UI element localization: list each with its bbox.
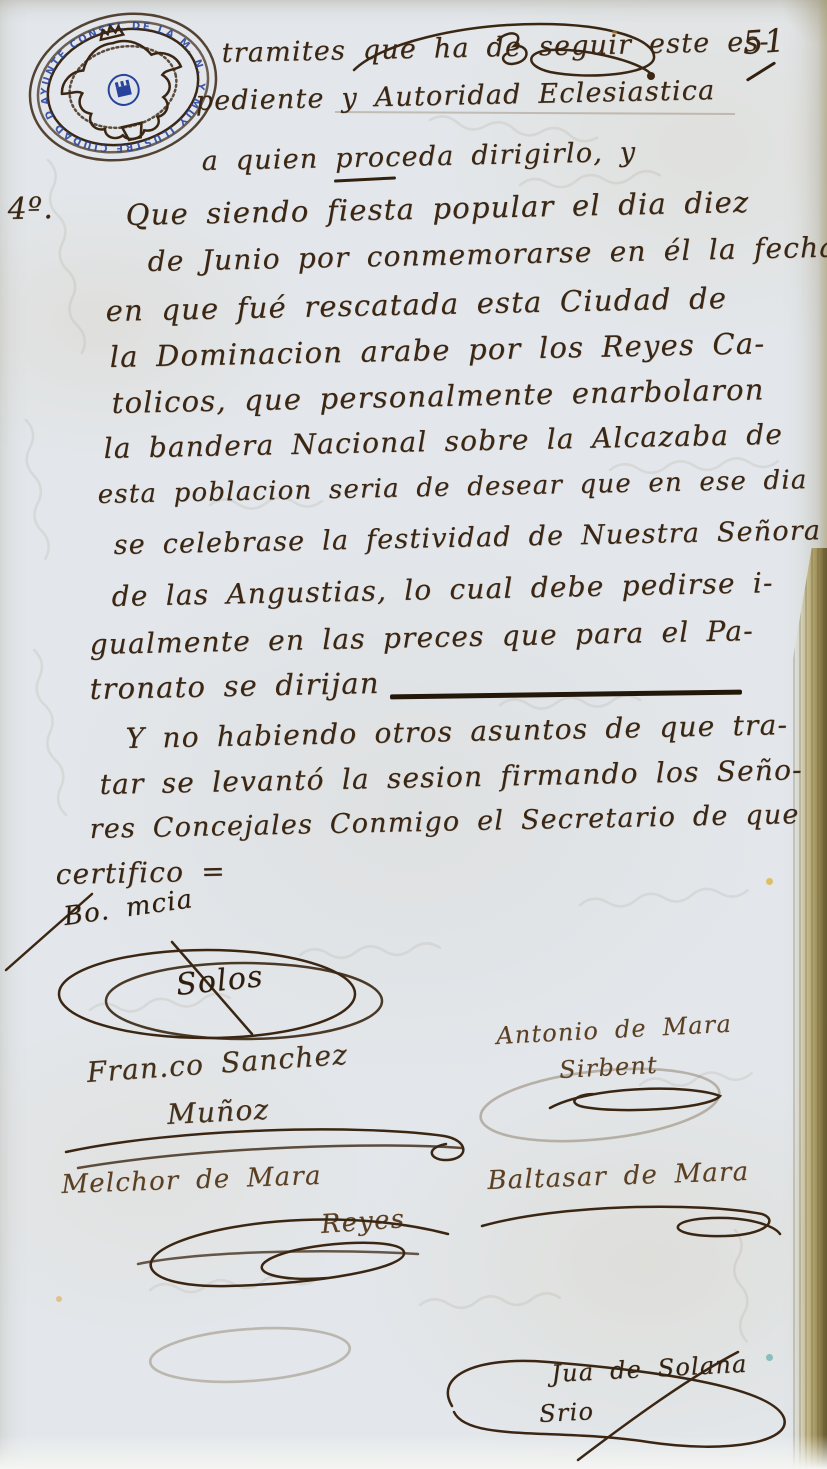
book-binding-edge xyxy=(793,548,827,1469)
paper-speck xyxy=(56,1296,62,1302)
body-line: tronato se dirijan xyxy=(89,666,380,706)
signature7-title: Srio xyxy=(539,1397,595,1428)
manuscript-page: AYUNTE CONSTL DE LA M. N. Y MUY ILUSTRE … xyxy=(0,0,827,1469)
signature6-name: Reyes xyxy=(320,1204,406,1240)
body-line: certifico = xyxy=(55,854,226,891)
signature2-surname: Sirbent xyxy=(559,1051,659,1084)
paper-speck xyxy=(612,30,617,35)
paper-speck xyxy=(766,878,773,885)
corner-shade xyxy=(781,0,827,46)
bottom-paper-band xyxy=(0,1435,827,1469)
ink-speck xyxy=(766,1354,773,1361)
signature3-surname: Muñoz xyxy=(166,1093,270,1131)
marginal-item-number: 4º. xyxy=(7,191,54,227)
page-edge-top xyxy=(818,0,827,560)
